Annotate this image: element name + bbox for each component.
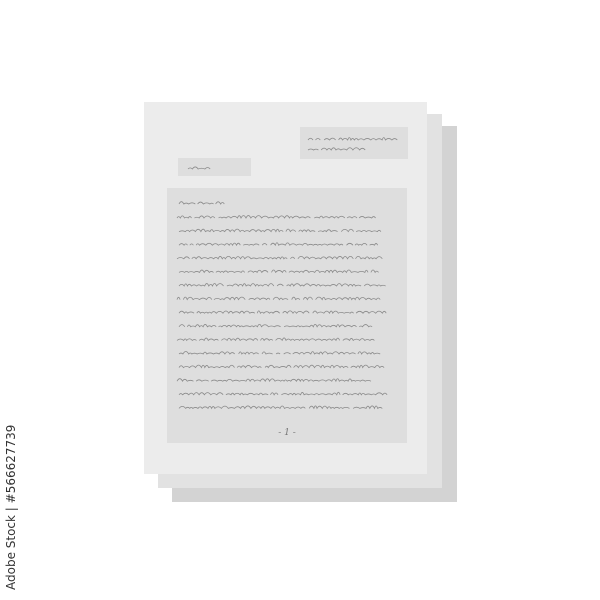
handwriting-label	[178, 158, 251, 176]
body-text-block: - 1 -	[167, 188, 407, 443]
header-text-block	[300, 127, 408, 159]
page-number: - 1 -	[167, 428, 407, 438]
label-text-block	[178, 158, 251, 176]
watermark-stock-id: Adobe Stock | #566627739	[4, 425, 18, 590]
handwriting-body	[167, 188, 407, 443]
front-page: - 1 -	[144, 102, 427, 474]
handwriting-header	[300, 127, 408, 159]
